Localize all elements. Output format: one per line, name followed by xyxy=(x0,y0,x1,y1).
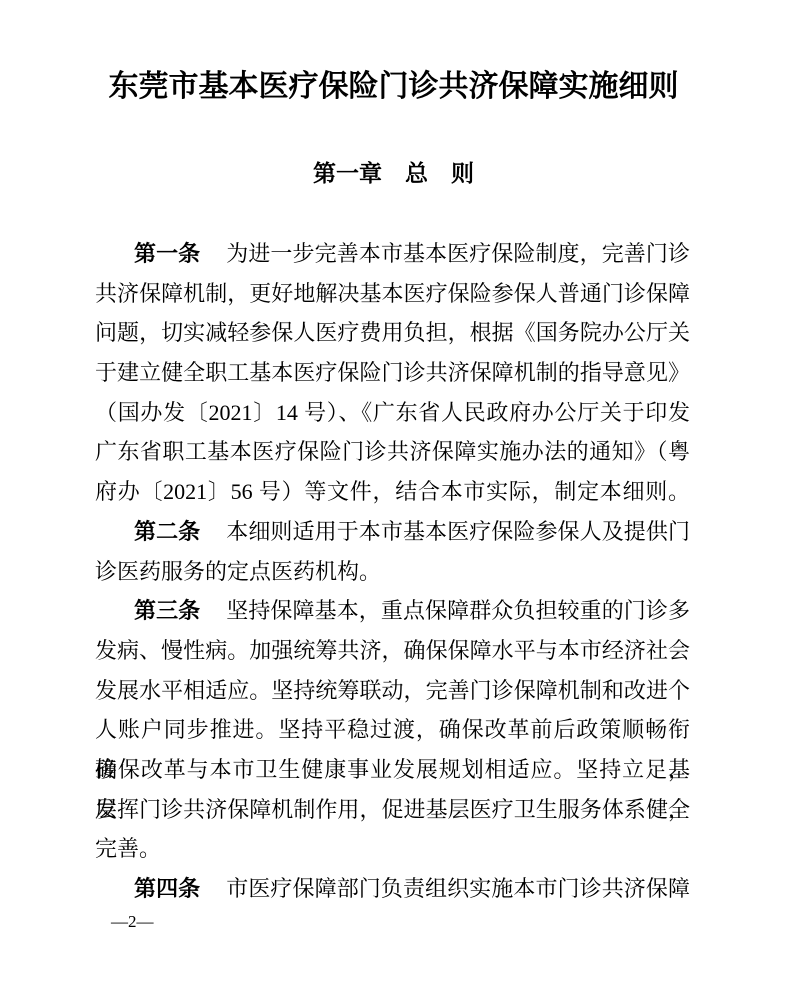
article-2-line: 诊医药服务的定点医药机构。 xyxy=(95,552,690,592)
article-2-label: 第二条 xyxy=(134,519,200,544)
article-4-first-line-text: 市医疗保障部门负责组织实施本市门诊共济保障 xyxy=(226,876,690,901)
article-3-first-line-text: 坚持保障基本，重点保障群众负担较重的门诊多 xyxy=(226,598,690,623)
page-number: —2— xyxy=(111,910,154,934)
article-3-line: 发病、慢性病。加强统筹共济，确保保障水平与本市经济社会 xyxy=(95,631,690,671)
article-3-line: 完善。 xyxy=(95,829,690,869)
document-title: 东莞市基本医疗保险门诊共济保障实施细则 xyxy=(0,65,787,109)
article-3-label: 第三条 xyxy=(134,598,200,623)
article-3-line: 发挥门诊共济保障机制作用，促进基层医疗卫生服务体系健全 xyxy=(95,790,690,830)
article-1-line: 广东省职工基本医疗保险门诊共济保障实施办法的通知》（粤 xyxy=(95,432,690,472)
article-3-line: 确保改革与本市卫生健康事业发展规划相适应。坚持立足基层， xyxy=(95,750,690,790)
document-body: 第一条为进一步完善本市基本医疗保险制度，完善门诊 共济保障机制，更好地解决基本医… xyxy=(95,234,690,909)
article-1-line: 第一条为进一步完善本市基本医疗保险制度，完善门诊 xyxy=(95,234,690,274)
article-1-line: 问题，切实减轻参保人医疗费用负担，根据《国务院办公厅关 xyxy=(95,313,690,353)
article-1-line: 于建立健全职工基本医疗保险门诊共济保障机制的指导意见》 xyxy=(95,353,690,393)
article-3-line: 第三条坚持保障基本，重点保障群众负担较重的门诊多 xyxy=(95,591,690,631)
article-3-line: 人账户同步推进。坚持平稳过渡，确保改革前后政策顺畅衔接， xyxy=(95,710,690,750)
article-1-label: 第一条 xyxy=(134,241,200,266)
article-2-line: 第二条本细则适用于本市基本医疗保险参保人及提供门 xyxy=(95,512,690,552)
article-1-line: （国办发〔2021〕14 号）、《广东省人民政府办公厅关于印发 xyxy=(95,393,690,433)
article-4-line: 第四条市医疗保障部门负责组织实施本市门诊共济保障 xyxy=(95,869,690,909)
article-3-line: 发展水平相适应。坚持统筹联动，完善门诊保障机制和改进个 xyxy=(95,671,690,711)
article-4-label: 第四条 xyxy=(134,876,200,901)
chapter-heading: 第一章 总 则 xyxy=(0,158,787,190)
article-1-line: 府办〔2021〕56 号）等文件，结合本市实际，制定本细则。 xyxy=(95,472,690,512)
article-2-first-line-text: 本细则适用于本市基本医疗保险参保人及提供门 xyxy=(226,519,690,544)
article-1-first-line-text: 为进一步完善本市基本医疗保险制度，完善门诊 xyxy=(226,241,690,266)
document-page: 东莞市基本医疗保险门诊共济保障实施细则 第一章 总 则 第一条为进一步完善本市基… xyxy=(0,0,787,1003)
article-1-line: 共济保障机制，更好地解决基本医疗保险参保人普通门诊保障 xyxy=(95,274,690,314)
